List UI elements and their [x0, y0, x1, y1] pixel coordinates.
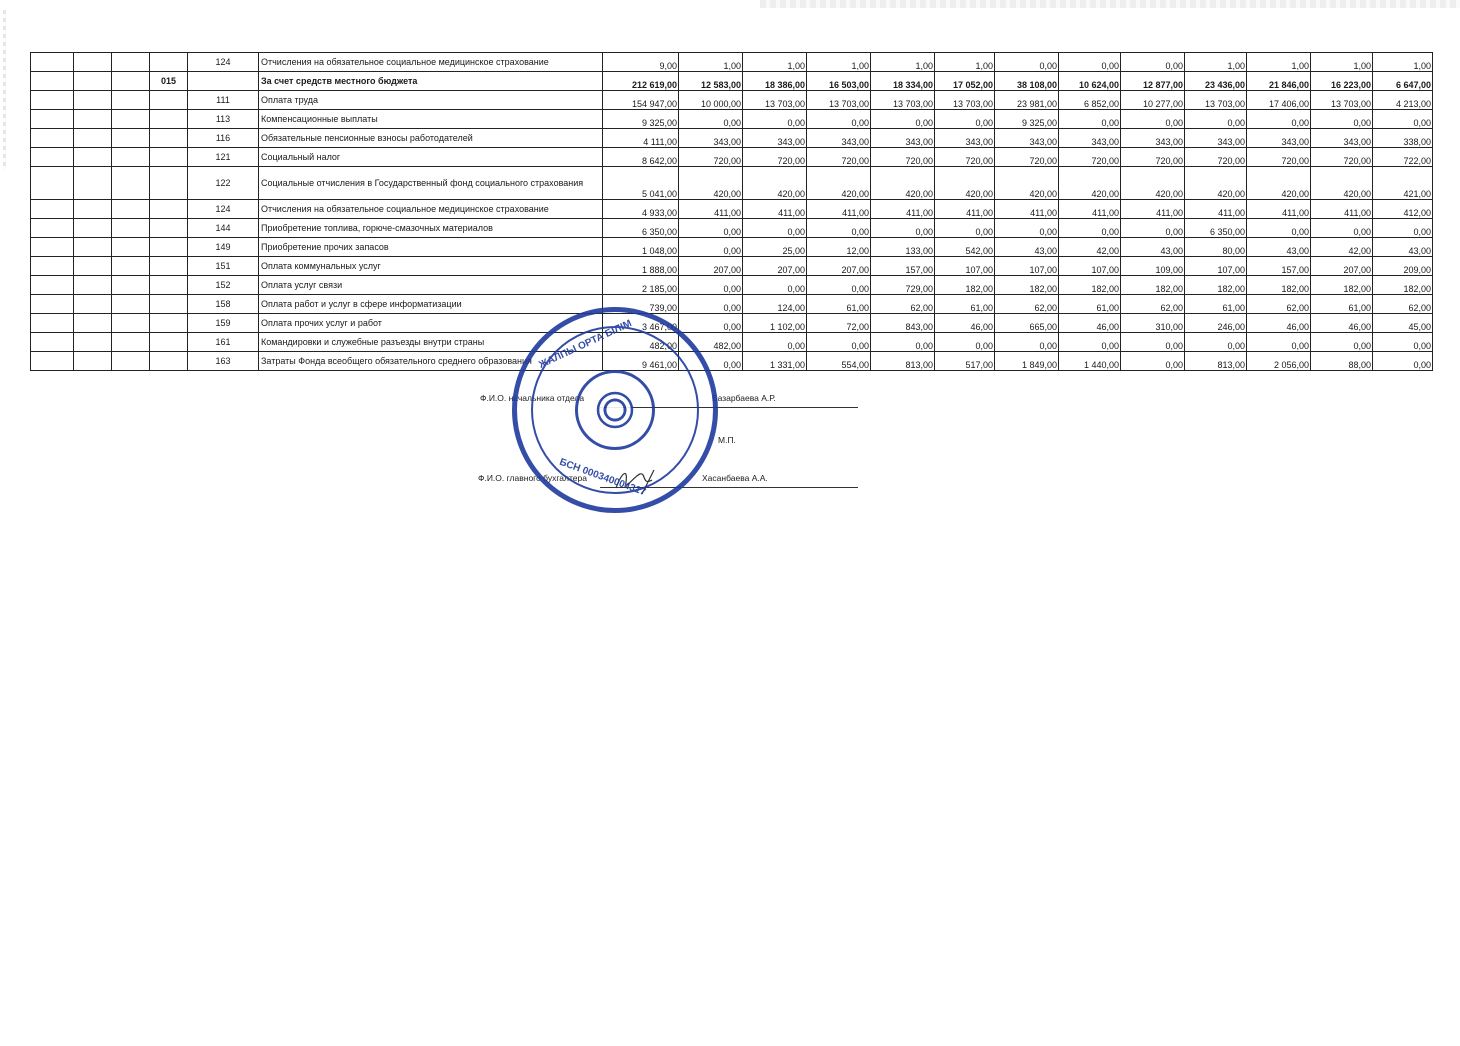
table-row: 152Оплата услуг связи2 185,000,000,000,0…: [31, 276, 1433, 295]
cell-month-4: 843,00: [871, 314, 935, 333]
cell-month-1: 0,00: [679, 219, 743, 238]
cell-month-11: 207,00: [1311, 257, 1373, 276]
cell-administrator: [112, 200, 150, 219]
cell-specifics-code: 158: [188, 295, 259, 314]
cell-functional-group: [31, 333, 74, 352]
cell-month-1: 343,00: [679, 129, 743, 148]
cell-expense-name: Отчисления на обязательное социальное ме…: [259, 200, 603, 219]
cell-month-1: 720,00: [679, 148, 743, 167]
cell-month-8: 343,00: [1121, 129, 1185, 148]
cell-month-11: 61,00: [1311, 295, 1373, 314]
scan-artifact-left: [3, 10, 6, 170]
cell-month-2: 1 102,00: [743, 314, 807, 333]
cell-month-5: 13 703,00: [935, 91, 995, 110]
cell-month-2: 18 386,00: [743, 72, 807, 91]
cell-month-10: 43,00: [1247, 238, 1311, 257]
cell-functional-group: [31, 129, 74, 148]
cell-month-5: 0,00: [935, 333, 995, 352]
cell-expense-name: Оплата работ и услуг в сфере информатиза…: [259, 295, 603, 314]
cell-month-1: 207,00: [679, 257, 743, 276]
cell-month-4: 0,00: [871, 110, 935, 129]
cell-program-code: [150, 219, 188, 238]
cell-month-6: 23 981,00: [995, 91, 1059, 110]
cell-expense-name: Оплата услуг связи: [259, 276, 603, 295]
cell-month-8: 43,00: [1121, 238, 1185, 257]
cell-administrator: [112, 314, 150, 333]
cell-month-9: 80,00: [1185, 238, 1247, 257]
cell-month-2: 13 703,00: [743, 91, 807, 110]
cell-month-12: 4 213,00: [1373, 91, 1433, 110]
cell-month-5: 17 052,00: [935, 72, 995, 91]
cell-month-7: 46,00: [1059, 314, 1121, 333]
cell-month-11: 0,00: [1311, 333, 1373, 352]
cell-month-6: 0,00: [995, 333, 1059, 352]
cell-specifics-code: 122: [188, 167, 259, 200]
cell-month-12: 338,00: [1373, 129, 1433, 148]
cell-month-12: 0,00: [1373, 110, 1433, 129]
cell-month-9: 107,00: [1185, 257, 1247, 276]
cell-month-6: 9 325,00: [995, 110, 1059, 129]
cell-administrator: [112, 53, 150, 72]
cell-subfunction: [74, 276, 112, 295]
cell-specifics-code: 163: [188, 352, 259, 371]
cell-month-4: 62,00: [871, 295, 935, 314]
cell-month-8: 62,00: [1121, 295, 1185, 314]
cell-program-code: [150, 110, 188, 129]
table-row: 124Отчисления на обязательное социальное…: [31, 53, 1433, 72]
cell-month-10: 2 056,00: [1247, 352, 1311, 371]
cell-expense-name: Социальные отчисления в Государственный …: [259, 167, 603, 200]
table-row: 151Оплата коммунальных услуг1 888,00207,…: [31, 257, 1433, 276]
cell-month-5: 517,00: [935, 352, 995, 371]
cell-month-5: 411,00: [935, 200, 995, 219]
cell-administrator: [112, 91, 150, 110]
cell-month-9: 0,00: [1185, 333, 1247, 352]
cell-specifics-code: 124: [188, 53, 259, 72]
cell-month-6: 182,00: [995, 276, 1059, 295]
cell-month-1: 420,00: [679, 167, 743, 200]
cell-administrator: [112, 72, 150, 91]
cell-month-9: 23 436,00: [1185, 72, 1247, 91]
cell-month-4: 18 334,00: [871, 72, 935, 91]
cell-expense-name: Компенсационные выплаты: [259, 110, 603, 129]
cell-specifics-code: 149: [188, 238, 259, 257]
cell-month-1: 411,00: [679, 200, 743, 219]
table-row: 124Отчисления на обязательное социальное…: [31, 200, 1433, 219]
cell-functional-group: [31, 110, 74, 129]
cell-month-2: 343,00: [743, 129, 807, 148]
cell-month-12: 0,00: [1373, 352, 1433, 371]
cell-specifics-code: 161: [188, 333, 259, 352]
cell-month-2: 0,00: [743, 333, 807, 352]
cell-expense-name: Социальный налог: [259, 148, 603, 167]
cell-month-9: 813,00: [1185, 352, 1247, 371]
accountant-signature-name: Хасанбаева А.А.: [702, 473, 768, 483]
cell-month-10: 411,00: [1247, 200, 1311, 219]
cell-annual-total: 1 048,00: [603, 238, 679, 257]
cell-program-code: [150, 276, 188, 295]
cell-month-10: 343,00: [1247, 129, 1311, 148]
cell-month-1: 1,00: [679, 53, 743, 72]
cell-administrator: [112, 352, 150, 371]
cell-subfunction: [74, 53, 112, 72]
cell-month-8: 0,00: [1121, 53, 1185, 72]
cell-month-4: 813,00: [871, 352, 935, 371]
cell-month-7: 42,00: [1059, 238, 1121, 257]
cell-program-code: [150, 238, 188, 257]
cell-administrator: [112, 238, 150, 257]
cell-month-8: 109,00: [1121, 257, 1185, 276]
cell-month-12: 421,00: [1373, 167, 1433, 200]
cell-functional-group: [31, 314, 74, 333]
cell-specifics-code: 151: [188, 257, 259, 276]
cell-program-code: 015: [150, 72, 188, 91]
table-row: 161Командировки и служебные разъезды вну…: [31, 333, 1433, 352]
official-seal-stamp: ЖАЛПЫ ОРТА БІЛІМ БСН 000340004317: [512, 307, 718, 513]
cell-month-3: 207,00: [807, 257, 871, 276]
cell-functional-group: [31, 352, 74, 371]
cell-expense-name: Приобретение прочих запасов: [259, 238, 603, 257]
cell-month-5: 61,00: [935, 295, 995, 314]
cell-month-12: 412,00: [1373, 200, 1433, 219]
cell-month-5: 107,00: [935, 257, 995, 276]
cell-month-3: 420,00: [807, 167, 871, 200]
cell-month-8: 182,00: [1121, 276, 1185, 295]
table-row: 113Компенсационные выплаты9 325,000,000,…: [31, 110, 1433, 129]
cell-month-5: 343,00: [935, 129, 995, 148]
cell-month-12: 209,00: [1373, 257, 1433, 276]
cell-month-8: 310,00: [1121, 314, 1185, 333]
seal-place-label: М.П.: [718, 435, 736, 445]
cell-subfunction: [74, 72, 112, 91]
cell-month-1: 0,00: [679, 314, 743, 333]
cell-expense-name: Отчисления на обязательное социальное ме…: [259, 53, 603, 72]
cell-month-8: 0,00: [1121, 219, 1185, 238]
cell-month-7: 0,00: [1059, 53, 1121, 72]
cell-month-6: 43,00: [995, 238, 1059, 257]
cell-month-1: 0,00: [679, 276, 743, 295]
cell-specifics-code: 121: [188, 148, 259, 167]
cell-month-10: 0,00: [1247, 219, 1311, 238]
cell-month-7: 1 440,00: [1059, 352, 1121, 371]
cell-annual-total: 212 619,00: [603, 72, 679, 91]
cell-month-3: 720,00: [807, 148, 871, 167]
cell-administrator: [112, 148, 150, 167]
cell-month-12: 182,00: [1373, 276, 1433, 295]
cell-month-6: 665,00: [995, 314, 1059, 333]
cell-month-2: 420,00: [743, 167, 807, 200]
cell-month-11: 720,00: [1311, 148, 1373, 167]
cell-month-2: 207,00: [743, 257, 807, 276]
cell-functional-group: [31, 53, 74, 72]
cell-month-11: 42,00: [1311, 238, 1373, 257]
cell-month-10: 1,00: [1247, 53, 1311, 72]
cell-month-7: 0,00: [1059, 333, 1121, 352]
head-signature-name: Базарбаева А.Р.: [712, 393, 776, 403]
cell-month-5: 720,00: [935, 148, 995, 167]
cell-month-7: 420,00: [1059, 167, 1121, 200]
cell-month-10: 182,00: [1247, 276, 1311, 295]
cell-specifics-code: 159: [188, 314, 259, 333]
cell-month-1: 0,00: [679, 295, 743, 314]
cell-month-11: 13 703,00: [1311, 91, 1373, 110]
cell-month-7: 182,00: [1059, 276, 1121, 295]
cell-month-2: 1,00: [743, 53, 807, 72]
cell-functional-group: [31, 148, 74, 167]
cell-month-4: 13 703,00: [871, 91, 935, 110]
cell-administrator: [112, 110, 150, 129]
table-row: 116Обязательные пенсионные взносы работо…: [31, 129, 1433, 148]
cell-month-9: 411,00: [1185, 200, 1247, 219]
cell-month-4: 411,00: [871, 200, 935, 219]
cell-month-3: 0,00: [807, 219, 871, 238]
cell-annual-total: 1 888,00: [603, 257, 679, 276]
cell-month-4: 720,00: [871, 148, 935, 167]
cell-subfunction: [74, 238, 112, 257]
table-row: 159Оплата прочих услуг и работ3 467,000,…: [31, 314, 1433, 333]
cell-month-8: 0,00: [1121, 110, 1185, 129]
cell-month-10: 0,00: [1247, 333, 1311, 352]
cell-specifics-code: 113: [188, 110, 259, 129]
cell-month-4: 420,00: [871, 167, 935, 200]
cell-month-2: 0,00: [743, 276, 807, 295]
cell-expense-name: Приобретение топлива, горюче-смазочных м…: [259, 219, 603, 238]
cell-subfunction: [74, 257, 112, 276]
cell-month-4: 133,00: [871, 238, 935, 257]
cell-annual-total: 8 642,00: [603, 148, 679, 167]
cell-month-6: 411,00: [995, 200, 1059, 219]
cell-functional-group: [31, 257, 74, 276]
cell-functional-group: [31, 167, 74, 200]
cell-month-1: 0,00: [679, 110, 743, 129]
cell-annual-total: 154 947,00: [603, 91, 679, 110]
cell-subfunction: [74, 314, 112, 333]
cell-month-9: 246,00: [1185, 314, 1247, 333]
cell-subfunction: [74, 219, 112, 238]
cell-month-10: 17 406,00: [1247, 91, 1311, 110]
cell-month-8: 0,00: [1121, 333, 1185, 352]
cell-program-code: [150, 91, 188, 110]
cell-month-2: 720,00: [743, 148, 807, 167]
cell-month-12: 43,00: [1373, 238, 1433, 257]
budget-plan-table: 124Отчисления на обязательное социальное…: [30, 52, 1433, 371]
cell-month-8: 0,00: [1121, 352, 1185, 371]
cell-month-2: 0,00: [743, 110, 807, 129]
cell-administrator: [112, 295, 150, 314]
table-row: 122Социальные отчисления в Государственн…: [31, 167, 1433, 200]
cell-month-12: 0,00: [1373, 333, 1433, 352]
cell-month-3: 343,00: [807, 129, 871, 148]
cell-month-6: 0,00: [995, 53, 1059, 72]
cell-functional-group: [31, 72, 74, 91]
cell-annual-total: 9,00: [603, 53, 679, 72]
cell-month-5: 0,00: [935, 219, 995, 238]
cell-month-7: 0,00: [1059, 110, 1121, 129]
cell-month-3: 16 503,00: [807, 72, 871, 91]
cell-month-9: 0,00: [1185, 110, 1247, 129]
cell-specifics-code: 116: [188, 129, 259, 148]
cell-month-12: 45,00: [1373, 314, 1433, 333]
cell-month-7: 720,00: [1059, 148, 1121, 167]
cell-month-10: 720,00: [1247, 148, 1311, 167]
cell-month-7: 107,00: [1059, 257, 1121, 276]
cell-month-7: 0,00: [1059, 219, 1121, 238]
cell-month-4: 729,00: [871, 276, 935, 295]
cell-functional-group: [31, 219, 74, 238]
cell-program-code: [150, 295, 188, 314]
cell-month-5: 1,00: [935, 53, 995, 72]
cell-month-7: 10 624,00: [1059, 72, 1121, 91]
cell-month-3: 0,00: [807, 276, 871, 295]
cell-month-6: 107,00: [995, 257, 1059, 276]
cell-month-4: 1,00: [871, 53, 935, 72]
cell-program-code: [150, 333, 188, 352]
cell-expense-name: Оплата коммунальных услуг: [259, 257, 603, 276]
cell-month-11: 420,00: [1311, 167, 1373, 200]
cell-month-7: 343,00: [1059, 129, 1121, 148]
cell-administrator: [112, 257, 150, 276]
cell-administrator: [112, 167, 150, 200]
scan-artifact-top: [760, 0, 1460, 8]
cell-month-11: 0,00: [1311, 219, 1373, 238]
cell-specifics-code: 152: [188, 276, 259, 295]
cell-month-9: 6 350,00: [1185, 219, 1247, 238]
cell-month-3: 0,00: [807, 333, 871, 352]
cell-month-11: 182,00: [1311, 276, 1373, 295]
cell-subfunction: [74, 295, 112, 314]
state-emblem-icon: [595, 390, 635, 430]
cell-month-4: 157,00: [871, 257, 935, 276]
cell-functional-group: [31, 276, 74, 295]
table-row: 015За счет средств местного бюджета212 6…: [31, 72, 1433, 91]
cell-month-6: 343,00: [995, 129, 1059, 148]
cell-month-10: 157,00: [1247, 257, 1311, 276]
cell-month-12: 1,00: [1373, 53, 1433, 72]
cell-month-7: 411,00: [1059, 200, 1121, 219]
cell-annual-total: 5 041,00: [603, 167, 679, 200]
cell-month-3: 13 703,00: [807, 91, 871, 110]
cell-month-1: 10 000,00: [679, 91, 743, 110]
cell-month-12: 6 647,00: [1373, 72, 1433, 91]
cell-month-4: 0,00: [871, 333, 935, 352]
cell-month-3: 1,00: [807, 53, 871, 72]
cell-program-code: [150, 53, 188, 72]
cell-month-3: 0,00: [807, 110, 871, 129]
cell-subfunction: [74, 91, 112, 110]
cell-program-code: [150, 148, 188, 167]
table-row: 144Приобретение топлива, горюче-смазочны…: [31, 219, 1433, 238]
cell-month-11: 88,00: [1311, 352, 1373, 371]
cell-subfunction: [74, 333, 112, 352]
cell-month-10: 46,00: [1247, 314, 1311, 333]
cell-administrator: [112, 219, 150, 238]
cell-annual-total: 6 350,00: [603, 219, 679, 238]
cell-month-11: 46,00: [1311, 314, 1373, 333]
cell-month-5: 182,00: [935, 276, 995, 295]
cell-month-7: 6 852,00: [1059, 91, 1121, 110]
cell-month-4: 343,00: [871, 129, 935, 148]
cell-subfunction: [74, 200, 112, 219]
cell-program-code: [150, 200, 188, 219]
cell-month-8: 10 277,00: [1121, 91, 1185, 110]
cell-month-6: 720,00: [995, 148, 1059, 167]
cell-month-3: 12,00: [807, 238, 871, 257]
cell-expense-name: За счет средств местного бюджета: [259, 72, 603, 91]
cell-program-code: [150, 167, 188, 200]
cell-month-11: 0,00: [1311, 110, 1373, 129]
cell-month-10: 420,00: [1247, 167, 1311, 200]
cell-month-1: 12 583,00: [679, 72, 743, 91]
cell-month-10: 21 846,00: [1247, 72, 1311, 91]
cell-month-11: 16 223,00: [1311, 72, 1373, 91]
cell-month-5: 0,00: [935, 110, 995, 129]
cell-month-6: 1 849,00: [995, 352, 1059, 371]
cell-month-9: 343,00: [1185, 129, 1247, 148]
cell-month-9: 720,00: [1185, 148, 1247, 167]
cell-specifics-code: [188, 72, 259, 91]
cell-specifics-code: 144: [188, 219, 259, 238]
cell-subfunction: [74, 148, 112, 167]
cell-month-6: 38 108,00: [995, 72, 1059, 91]
cell-functional-group: [31, 238, 74, 257]
cell-month-9: 1,00: [1185, 53, 1247, 72]
cell-month-8: 420,00: [1121, 167, 1185, 200]
cell-month-8: 720,00: [1121, 148, 1185, 167]
cell-month-12: 0,00: [1373, 219, 1433, 238]
cell-administrator: [112, 276, 150, 295]
cell-month-3: 411,00: [807, 200, 871, 219]
cell-administrator: [112, 333, 150, 352]
table-row: 111Оплата труда154 947,0010 000,0013 703…: [31, 91, 1433, 110]
cell-month-11: 411,00: [1311, 200, 1373, 219]
cell-functional-group: [31, 91, 74, 110]
table-row: 158Оплата работ и услуг в сфере информат…: [31, 295, 1433, 314]
cell-month-11: 1,00: [1311, 53, 1373, 72]
cell-administrator: [112, 129, 150, 148]
cell-month-9: 420,00: [1185, 167, 1247, 200]
cell-month-12: 722,00: [1373, 148, 1433, 167]
cell-annual-total: 4 111,00: [603, 129, 679, 148]
table-row: 121Социальный налог8 642,00720,00720,007…: [31, 148, 1433, 167]
cell-annual-total: 9 325,00: [603, 110, 679, 129]
cell-month-9: 182,00: [1185, 276, 1247, 295]
table-row: 149Приобретение прочих запасов1 048,000,…: [31, 238, 1433, 257]
cell-month-2: 411,00: [743, 200, 807, 219]
cell-month-2: 0,00: [743, 219, 807, 238]
cell-month-1: 0,00: [679, 238, 743, 257]
cell-month-6: 0,00: [995, 219, 1059, 238]
cell-annual-total: 2 185,00: [603, 276, 679, 295]
cell-month-2: 124,00: [743, 295, 807, 314]
cell-month-6: 420,00: [995, 167, 1059, 200]
table-row: 163Затраты Фонда всеобщего обязательного…: [31, 352, 1433, 371]
cell-month-12: 62,00: [1373, 295, 1433, 314]
cell-month-7: 61,00: [1059, 295, 1121, 314]
cell-month-2: 25,00: [743, 238, 807, 257]
cell-month-5: 46,00: [935, 314, 995, 333]
cell-month-8: 12 877,00: [1121, 72, 1185, 91]
cell-program-code: [150, 352, 188, 371]
cell-subfunction: [74, 110, 112, 129]
cell-month-9: 13 703,00: [1185, 91, 1247, 110]
cell-program-code: [150, 129, 188, 148]
cell-specifics-code: 124: [188, 200, 259, 219]
cell-expense-name: Обязательные пенсионные взносы работодат…: [259, 129, 603, 148]
cell-month-8: 411,00: [1121, 200, 1185, 219]
cell-program-code: [150, 257, 188, 276]
cell-month-11: 343,00: [1311, 129, 1373, 148]
cell-functional-group: [31, 295, 74, 314]
